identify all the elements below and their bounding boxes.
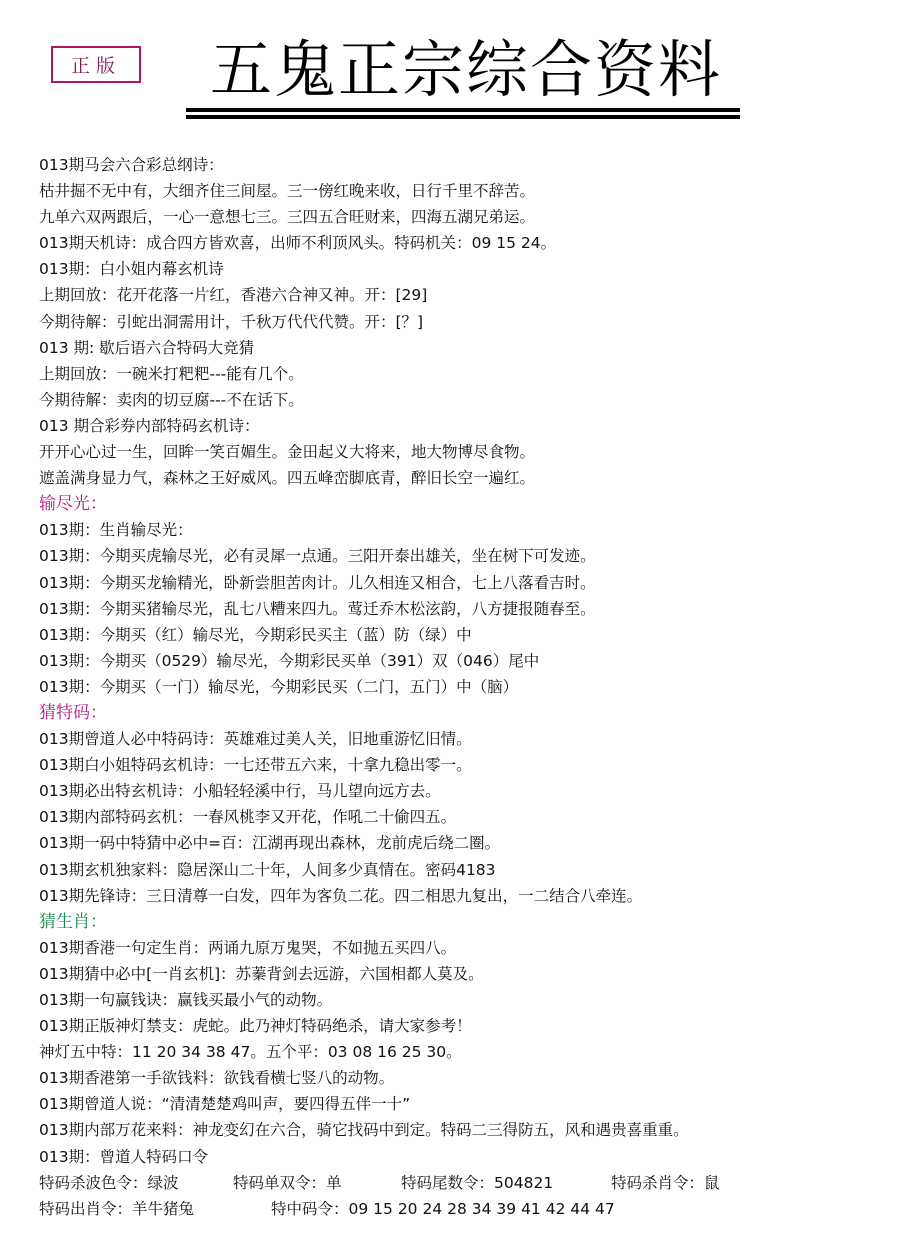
text-line: 013期香港第一手欲钱料：欲钱看横七竖八的动物。 [39,1065,889,1091]
section-heading-guess-code: 猜特码： [39,700,889,726]
text-line: 013期马会六合彩总纲诗： [39,152,889,178]
command-special-numbers: 特中码令：09 15 20 24 28 34 39 41 42 44 47 [271,1196,615,1222]
text-line: 神灯五中特：11 20 34 38 47。五个平：03 08 16 25 30。 [39,1039,889,1065]
text-line: 枯井掘不无中有，大细齐住三间屋。三一傍红晚来收，日行千里不辞苦。 [39,178,889,204]
command-kill-zodiac: 特码杀肖令：鼠 [611,1170,720,1196]
text-line: 今期待解：卖肉的切豆腐---不在话下。 [39,387,889,413]
text-line: 013期：今期买龙输精光，卧新尝胆苦肉计。儿久相连又相合，七上八落看吉时。 [39,570,889,596]
text-line: 013期：曾道人特码口令 [39,1144,889,1170]
text-line: 013期内部万花来料：神龙变幻在六合，骑它找码中到定。特码二三得防五，风和遇贵喜… [39,1117,889,1143]
text-line: 上期回放：一碗米打粑粑---能有几个。 [39,361,889,387]
text-line: 今期待解：引蛇出洞需用计，千秋万代代代赞。开：[？] [39,309,889,335]
edition-badge-label: 正版 [71,51,121,78]
text-line: 013期香港一句定生肖：两诵九原万鬼哭，不如抛五买四八。 [39,935,889,961]
text-line: 013 期: 歇后语六合特码大竞猜 [39,335,889,361]
command-odd-even: 特码单双令：单 [233,1170,401,1196]
text-line: 遮盖满身显力气，森林之王好威风。四五峰峦脚底青，醉旧长空一遍红。 [39,465,889,491]
edition-badge: 正版 [51,46,141,83]
text-line: 013期：生肖输尽光： [39,517,889,543]
text-line: 013期：今期买（一门）输尽光，今期彩民买（二门，五门）中（脑） [39,674,889,700]
text-line: 013期一码中特猜中必中=百：江湖再现出森林，龙前虎后绕二圈。 [39,830,889,856]
command-wave-color: 特码杀波色令：绿波 [39,1170,233,1196]
section-heading-lose-all: 输尽光： [39,491,889,517]
text-line: 013期：今期买（红）输尽光，今期彩民买主（蓝）防（绿）中 [39,622,889,648]
text-line: 013期白小姐特码玄机诗：一七还带五六来，十拿九稳出零一。 [39,752,889,778]
command-row-1: 特码杀波色令：绿波 特码单双令：单 特码尾数令：504821 特码杀肖令：鼠 [39,1170,889,1196]
title-underline-bottom [186,115,740,119]
command-row-2: 特码出肖令：羊牛猪兔 特中码令：09 15 20 24 28 34 39 41 … [39,1196,889,1222]
text-line: 013期必出特玄机诗：小船轻轻溪中行，马儿望向远方去。 [39,778,889,804]
section-heading-guess-zodiac: 猜生肖： [39,909,889,935]
text-line: 013期天机诗：成合四方皆欢喜，出师不利顶风头。特码机关：09 15 24。 [39,230,889,256]
text-line: 013期先锋诗：三日清尊一白发，四年为客负二花。四二相思九复出，一二结合八牵连。 [39,883,889,909]
command-tail-number: 特码尾数令：504821 [401,1170,611,1196]
title-underline-top [186,108,740,112]
text-line: 013期玄机独家料：隐居深山二十年，人间多少真情在。密码4183 [39,857,889,883]
text-line: 013期曾道人说：“清清楚楚鸡叫声，要四得五伴一十” [39,1091,889,1117]
text-line: 九单六双两跟后，一心一意想七三。三四五合旺财来，四海五湖兄弟运。 [39,204,889,230]
content-body: 013期马会六合彩总纲诗： 枯井掘不无中有，大细齐住三间屋。三一傍红晚来收，日行… [39,152,889,1222]
text-line: 上期回放：花开花落一片红，香港六合神又神。开：[29] [39,282,889,308]
text-line: 013期曾道人必中特码诗：英雄难过美人关，旧地重游忆旧情。 [39,726,889,752]
text-line: 013期正版神灯禁支：虎蛇。此乃神灯特码绝杀，请大家参考！ [39,1013,889,1039]
text-line: 013期：今期买猪输尽光，乱七八糟来四九。莺迁乔木松泫韵，八方捷报随春至。 [39,596,889,622]
text-line: 开开心心过一生，回眸一笑百媚生。金田起义大将来，地大物博尽食物。 [39,439,889,465]
text-line: 013期一句赢钱诀：赢钱买最小气的动物。 [39,987,889,1013]
text-line: 013期：今期买虎输尽光，必有灵犀一点通。三阳开泰出雄关，坐在树下可发迹。 [39,543,889,569]
text-line: 013期：白小姐内幕玄机诗 [39,256,889,282]
page-title: 五鬼正宗综合资料 [186,34,746,106]
text-line: 013期：今期买（0529）输尽光，今期彩民买单（391）双（046）尾中 [39,648,889,674]
text-line: 013期猜中必中[一肖玄机]：苏蓁背剑去远游，六国相都人莫及。 [39,961,889,987]
text-line: 013 期合彩券内部特码玄机诗： [39,413,889,439]
command-zodiac-out: 特码出肖令：羊牛猪兔 [39,1196,271,1222]
text-line: 013期内部特码玄机：一春风桃李又开花，作吼二十偷四五。 [39,804,889,830]
